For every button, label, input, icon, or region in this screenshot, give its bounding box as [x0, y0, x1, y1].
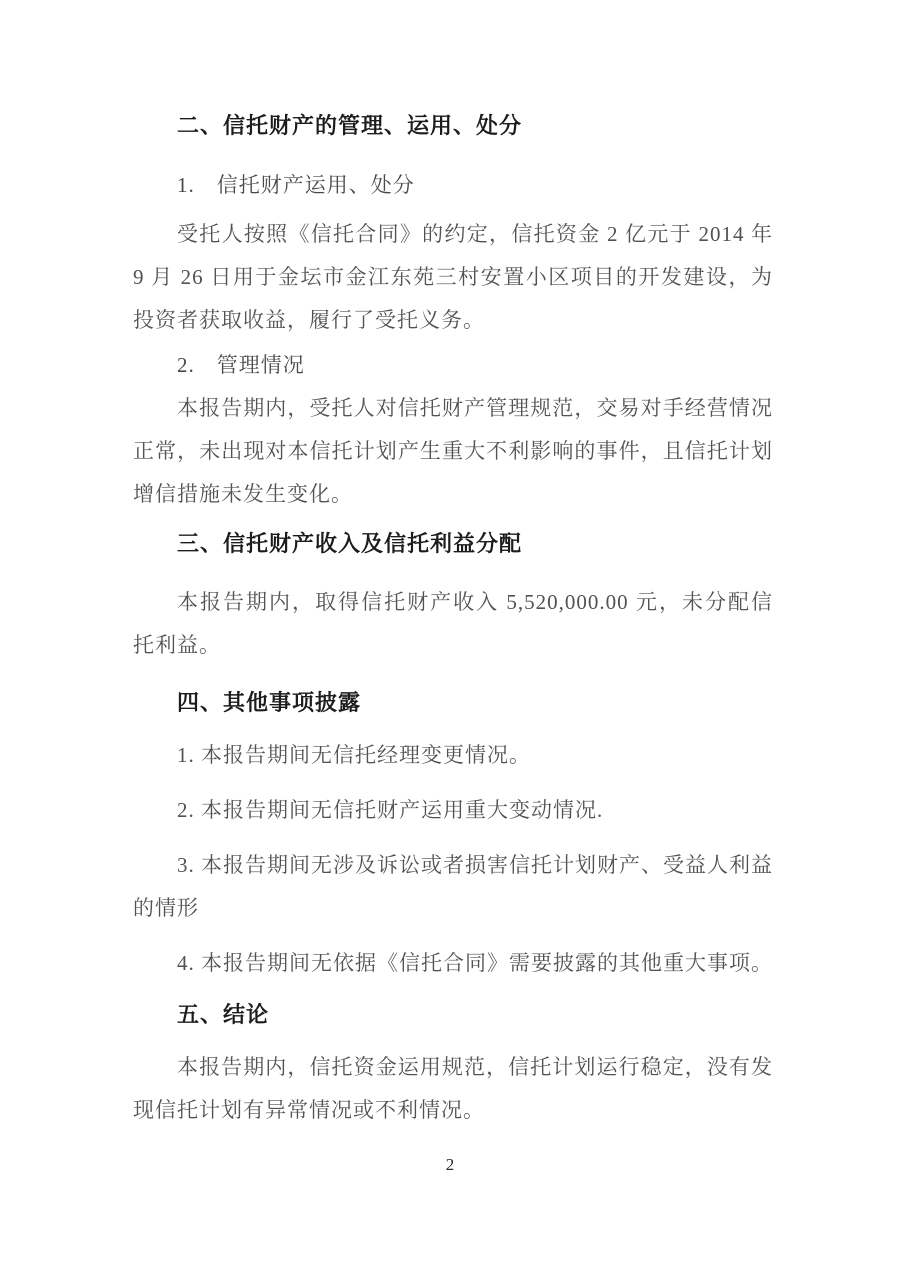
disclosure-item-other-major-matters: 4. 本报告期间无依据《信托合同》需要披露的其他重大事项。 [133, 942, 773, 985]
disclosure-item-litigation: 3. 本报告期间无涉及诉讼或者损害信托计划财产、受益人利益的情形 [133, 844, 773, 930]
paragraph-conclusion: 本报告期内，信托资金运用规范，信托计划运行稳定，没有发现信托计划有异常情况或不利… [133, 1046, 773, 1132]
disclosure-item-manager-change: 1. 本报告期间无信托经理变更情况。 [133, 734, 773, 777]
subsection-title-management-status: 2. 管理情况 [133, 344, 773, 387]
page-number: 2 [0, 1155, 900, 1175]
section-heading-other-disclosures: 四、其他事项披露 [133, 681, 773, 724]
document-page: 二、信托财产的管理、运用、处分 1. 信托财产运用、处分 受托人按照《信托合同》… [0, 0, 900, 1272]
subsection-title-trust-property-usage: 1. 信托财产运用、处分 [133, 164, 773, 207]
paragraph-trust-income: 本报告期内，取得信托财产收入 5,520,000.00 元，未分配信托利益。 [133, 581, 773, 667]
paragraph-management-status: 本报告期内，受托人对信托财产管理规范，交易对手经营情况正常，未出现对本信托计划产… [133, 387, 773, 516]
paragraph-trust-fund-usage: 受托人按照《信托合同》的约定，信托资金 2 亿元于 2014 年 9 月 26 … [133, 213, 773, 342]
document-content: 二、信托财产的管理、运用、处分 1. 信托财产运用、处分 受托人按照《信托合同》… [133, 104, 773, 1132]
section-heading-trust-property-management: 二、信托财产的管理、运用、处分 [133, 104, 773, 147]
section-heading-trust-income-distribution: 三、信托财产收入及信托利益分配 [133, 522, 773, 565]
disclosure-item-major-changes: 2. 本报告期间无信托财产运用重大变动情况. [133, 789, 773, 832]
section-heading-conclusion: 五、结论 [133, 993, 773, 1036]
